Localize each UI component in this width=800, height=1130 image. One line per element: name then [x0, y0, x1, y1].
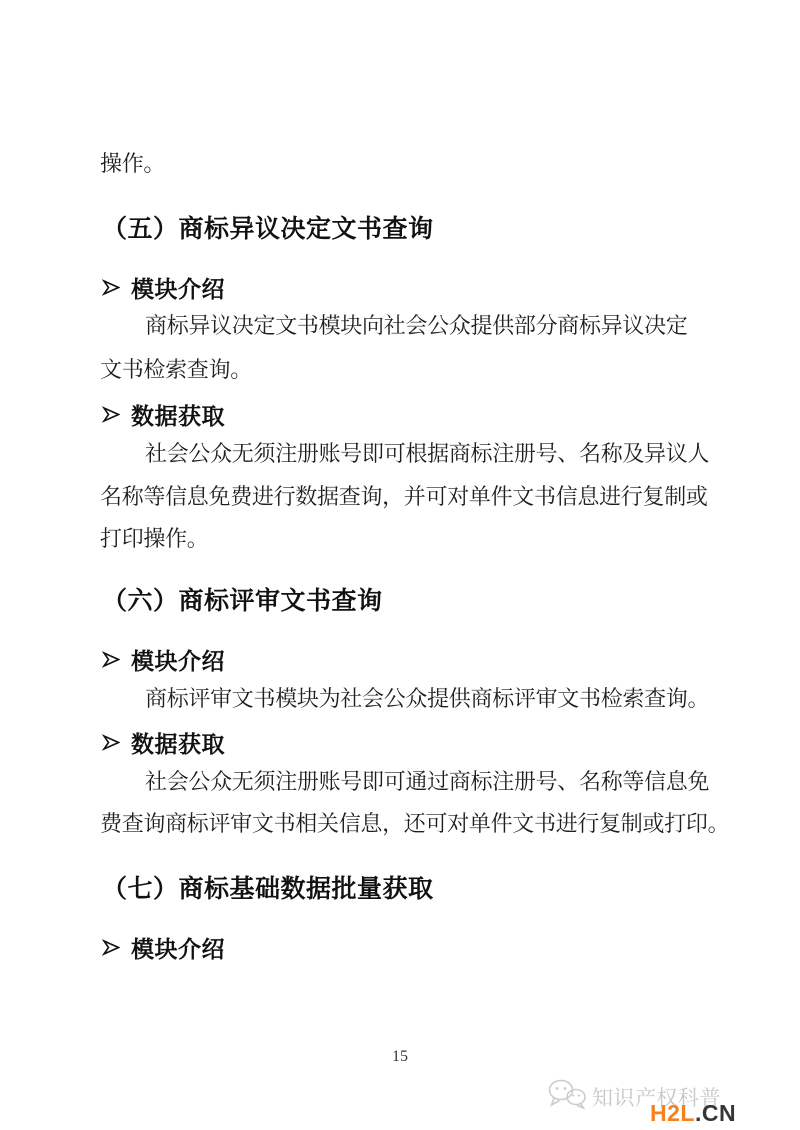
arrow-bullet-icon: [102, 651, 120, 668]
bullet-label: 数据获取: [131, 726, 225, 759]
section-heading-5: （五）商标异议决定文书查询: [102, 209, 434, 245]
bullet-item-module-intro: 模块介绍: [102, 931, 225, 964]
paragraph-text: 操作。: [100, 150, 165, 178]
paragraph-line: 商标异议决定文书模块向社会公众提供部分商标异议决定: [145, 312, 688, 340]
watermark-domain-primary: H2L: [650, 1100, 695, 1126]
bullet-item-module-intro: 模块介绍: [102, 643, 225, 676]
paragraph-line: 费查询商标评审文书相关信息，还可对单件文书进行复制或打印。: [100, 810, 729, 838]
bullet-item-module-intro: 模块介绍: [102, 271, 225, 304]
paragraph-line: 商标评审文书模块为社会公众提供商标评审文书检索查询。: [145, 685, 709, 713]
watermark-domain-suffix: .CN: [695, 1100, 736, 1126]
bullet-label: 模块介绍: [131, 271, 225, 304]
paragraph-line: 文书检索查询。: [100, 356, 252, 384]
bullet-item-data-access: 数据获取: [102, 398, 225, 431]
arrow-bullet-icon: [102, 939, 120, 956]
document-page: 操作。 （五）商标异议决定文书查询 模块介绍 商标异议决定文书模块向社会公众提供…: [0, 0, 800, 1130]
section-heading-7: （七）商标基础数据批量获取: [102, 869, 434, 905]
wechat-icon: [547, 1078, 587, 1110]
arrow-bullet-icon: [102, 406, 120, 423]
arrow-bullet-icon: [102, 734, 120, 751]
paragraph-line: 社会公众无须注册账号即可通过商标注册号、名称等信息免: [145, 768, 709, 796]
section-heading-6: （六）商标评审文书查询: [102, 581, 383, 617]
bullet-item-data-access: 数据获取: [102, 726, 225, 759]
paragraph-line: 打印操作。: [100, 525, 209, 553]
paragraph-line: 名称等信息免费进行数据查询，并可对单件文书信息进行复制或: [100, 483, 708, 511]
bullet-label: 模块介绍: [131, 643, 225, 676]
paragraph-line: 社会公众无须注册账号即可根据商标注册号、名称及异议人: [145, 440, 709, 468]
arrow-bullet-icon: [102, 279, 120, 296]
watermark-domain-text: H2L.CN: [650, 1100, 736, 1127]
watermark: 知识产权科普 H2L.CN: [540, 1062, 800, 1130]
bullet-label: 数据获取: [131, 398, 225, 431]
bullet-label: 模块介绍: [131, 931, 225, 964]
